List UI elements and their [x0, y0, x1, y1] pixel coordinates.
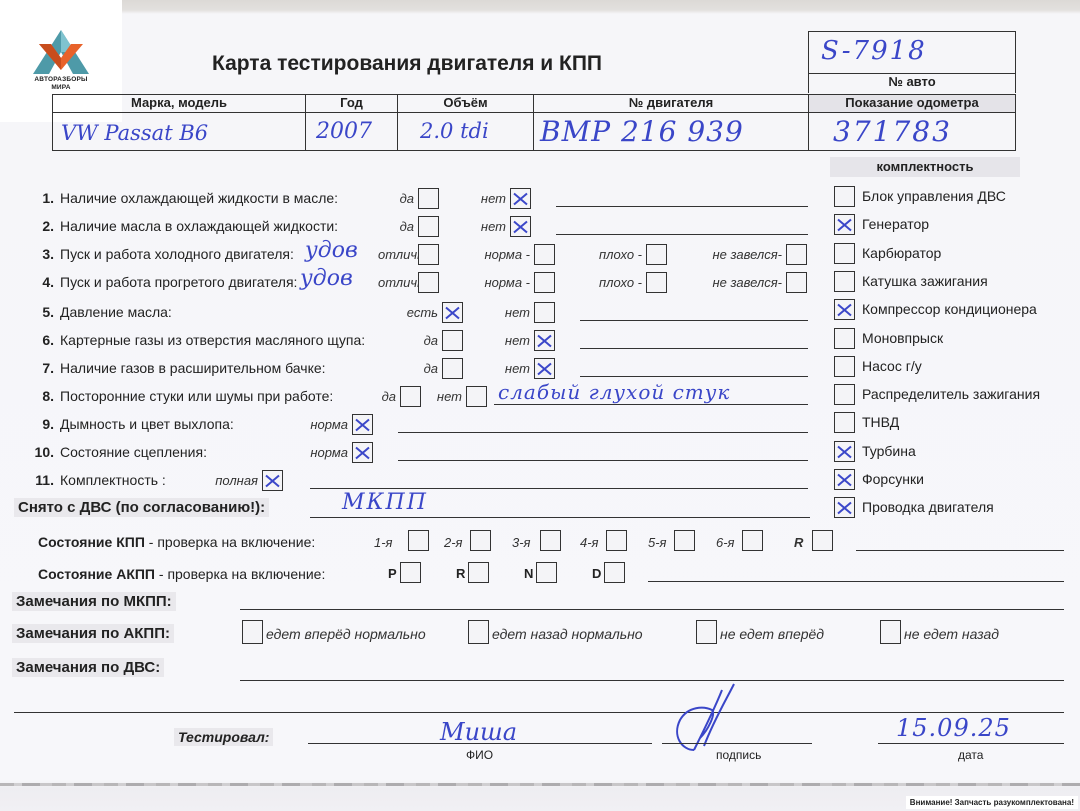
completeness-label: Блок управления ДВС — [862, 188, 1006, 204]
question-text: Комплектность : — [60, 472, 166, 488]
car-number-cell: S-7918 — [808, 31, 1016, 74]
question-label: 3.Пуск и работа холодного двигателя: — [24, 246, 294, 262]
question-label: 2.Наличие масла в охлаждающей жидкости: — [24, 218, 338, 234]
question-label: 5.Давление масла: — [24, 304, 172, 320]
completeness-checkbox[interactable] — [834, 299, 855, 320]
completeness-label: Форсунки — [862, 471, 924, 487]
kpp-gear-checkbox[interactable] — [408, 530, 429, 551]
option-checkbox[interactable] — [442, 302, 463, 323]
akpp-gear-label: R — [456, 566, 465, 581]
completeness-label: Карбюратор — [862, 245, 941, 261]
question-number: 7. — [24, 360, 60, 376]
tester-name-value[interactable]: Миша — [440, 718, 517, 746]
remarks-akpp-label: Замечания по АКПП: — [12, 624, 174, 643]
option-label: нет — [432, 389, 462, 404]
year-value-cell: 2007 — [305, 112, 398, 151]
question-text: Наличие охлаждающей жидкости в масле: — [60, 190, 338, 206]
note-line[interactable] — [580, 348, 808, 349]
akpp-gear-checkbox[interactable] — [400, 562, 421, 583]
name-caption: ФИО — [466, 748, 493, 762]
completeness-label: Генератор — [862, 216, 929, 232]
date-caption: дата — [958, 748, 983, 762]
engine-number-value-cell: BMP 216 939 — [533, 112, 809, 151]
question-text: Дымность и цвет выхлопа: — [60, 416, 234, 432]
volume-value[interactable]: 2.0 tdi — [420, 119, 489, 143]
option-label: плохо - — [594, 275, 642, 290]
completeness-label: Насос г/у — [862, 358, 922, 374]
akpp-remark-checkbox[interactable] — [242, 620, 263, 644]
akpp-remark-label: едет назад нормально — [492, 626, 643, 642]
remarks-dvs-label: Замечания по ДВС: — [12, 658, 164, 677]
option-label: нет — [478, 219, 506, 234]
signature-line — [662, 743, 812, 744]
option-label: не завелся- — [702, 247, 782, 262]
akpp-remark-checkbox[interactable] — [880, 620, 901, 644]
option-checkbox[interactable] — [466, 386, 487, 407]
option-label: плохо - — [594, 247, 642, 262]
option-checkbox[interactable] — [418, 272, 439, 293]
question-label: 1.Наличие охлаждающей жидкости в масле: — [24, 190, 338, 206]
completeness-checkbox[interactable] — [834, 412, 855, 433]
note-line[interactable] — [580, 376, 808, 377]
header-col-engine-number: № двигателя — [533, 94, 809, 113]
kpp-gear-checkbox[interactable] — [540, 530, 561, 551]
question-text: Картерные газы из отверстия масляного щу… — [60, 332, 365, 348]
removed-label: Снято с ДВС (по согласованию!): — [14, 498, 269, 517]
option-label: нет — [500, 361, 530, 376]
note-line[interactable] — [556, 234, 808, 235]
remarks-mkpp-line[interactable] — [240, 609, 1064, 610]
option-label: да — [398, 219, 414, 234]
handwritten-rating[interactable]: удов — [305, 238, 358, 263]
option-checkbox[interactable] — [418, 188, 439, 209]
kpp-note-line — [856, 550, 1064, 551]
akpp-remark-label: едет вперёд нормально — [266, 626, 426, 642]
note-line[interactable] — [398, 432, 808, 433]
option-checkbox[interactable] — [534, 244, 555, 265]
akpp-gear-label: N — [524, 566, 533, 581]
akpp-gear-label: P — [388, 566, 397, 581]
remarks-dvs-line[interactable] — [240, 680, 1064, 681]
akpp-note-line — [648, 581, 1064, 582]
akpp-remark-label: не едет вперёд — [720, 626, 824, 642]
model-value[interactable]: VW Passat B6 — [61, 121, 208, 145]
option-label: отлично- — [378, 275, 414, 290]
option-checkbox[interactable] — [786, 272, 807, 293]
option-label: не завелся- — [702, 275, 782, 290]
kpp-gear-checkbox[interactable] — [470, 530, 491, 551]
option-checkbox[interactable] — [418, 244, 439, 265]
question-number: 2. — [24, 218, 60, 234]
year-value[interactable]: 2007 — [316, 119, 372, 144]
header-col-model: Марка, модель — [52, 94, 306, 113]
completeness-label: Катушка зажигания — [862, 273, 988, 289]
odometer-value-cell: 371783 — [808, 112, 1016, 151]
completeness-label: Проводка двигателя — [862, 499, 994, 515]
option-label: нет — [500, 305, 530, 320]
engine-number-value[interactable]: BMP 216 939 — [540, 115, 744, 148]
question-label: 4.Пуск и работа прогретого двигателя: — [24, 274, 297, 290]
akpp-gear-checkbox[interactable] — [604, 562, 625, 583]
option-label: да — [412, 361, 438, 376]
option-checkbox[interactable] — [646, 272, 667, 293]
header-col-year: Год — [305, 94, 398, 113]
date-value[interactable]: 15.09.25 — [896, 714, 1011, 742]
option-checkbox[interactable] — [510, 188, 531, 209]
completeness-checkbox[interactable] — [834, 186, 855, 207]
akpp-gear-label: D — [592, 566, 601, 581]
question-text: Пуск и работа прогретого двигателя: — [60, 274, 297, 290]
remarks-mkpp-label: Замечания по МКПП: — [12, 592, 176, 611]
question-text: Пуск и работа холодного двигателя: — [60, 246, 294, 262]
car-number-label-cell: № авто — [808, 73, 1016, 93]
date-line — [878, 743, 1064, 744]
kpp-gear-checkbox[interactable] — [812, 530, 833, 551]
option-checkbox[interactable] — [534, 358, 555, 379]
tester-name-line — [308, 743, 652, 744]
completeness-checkbox[interactable] — [834, 441, 855, 462]
completeness-checkbox[interactable] — [834, 384, 855, 405]
question-number: 11. — [24, 472, 60, 488]
option-label: норма - — [478, 247, 530, 262]
brand-name-line1: АВТОРАЗБОРЫ — [0, 76, 122, 83]
option-label: есть — [400, 305, 438, 320]
question-label: 7.Наличие газов в расширительном бачке: — [24, 360, 326, 376]
kpp-gear-checkbox[interactable] — [674, 530, 695, 551]
tested-by-label: Тестировал: — [174, 728, 273, 746]
option-label: полная — [208, 473, 258, 488]
completeness-checkbox[interactable] — [834, 271, 855, 292]
option-label: да — [378, 389, 396, 404]
question-label: 10.Состояние сцепления: — [24, 444, 207, 460]
question-number: 4. — [24, 274, 60, 290]
note-line[interactable] — [556, 206, 808, 207]
option-checkbox[interactable] — [442, 330, 463, 351]
option-checkbox[interactable] — [262, 470, 283, 491]
removed-underline — [310, 517, 810, 518]
question-number: 5. — [24, 304, 60, 320]
completeness-label: Моновпрыск — [862, 330, 943, 346]
brand-name-line2: МИРА — [0, 84, 122, 91]
odometer-value[interactable]: 371783 — [833, 115, 952, 148]
completeness-checkbox[interactable] — [834, 214, 855, 235]
akpp-remark-label: не едет назад — [904, 626, 999, 642]
question-number: 9. — [24, 416, 60, 432]
handwritten-rating[interactable]: удов — [300, 266, 353, 291]
completeness-label: ТНВД — [862, 414, 899, 430]
header-col-odometer: Показание одометра — [808, 94, 1016, 113]
question-number: 10. — [24, 444, 60, 460]
kpp-gear-label: 6-я — [716, 535, 735, 550]
completeness-checkbox[interactable] — [834, 356, 855, 377]
volume-value-cell: 2.0 tdi — [397, 112, 534, 151]
option-label: да — [412, 333, 438, 348]
option-checkbox[interactable] — [534, 302, 555, 323]
paper-tear-edge — [0, 783, 1080, 786]
option-checkbox[interactable] — [442, 358, 463, 379]
akpp-label: Состояние АКПП - проверка на включение: — [38, 566, 325, 582]
option-label: норма — [304, 445, 348, 460]
option-checkbox[interactable] — [510, 216, 531, 237]
option-checkbox[interactable] — [534, 272, 555, 293]
note-line[interactable] — [494, 404, 808, 405]
option-checkbox[interactable] — [646, 244, 667, 265]
question-text: Наличие газов в расширительном бачке: — [60, 360, 326, 376]
kpp-gear-checkbox[interactable] — [742, 530, 763, 551]
question-label: 6.Картерные газы из отверстия масляного … — [24, 332, 365, 348]
note-line[interactable] — [398, 460, 808, 461]
akpp-remark-checkbox[interactable] — [696, 620, 717, 644]
completeness-checkbox[interactable] — [834, 497, 855, 518]
kpp-label: Состояние КПП - проверка на включение: — [38, 534, 315, 550]
question-text: Наличие масла в охлаждающей жидкости: — [60, 218, 338, 234]
question-number: 1. — [24, 190, 60, 206]
removed-value[interactable]: МКПП — [342, 490, 428, 515]
page-title: Карта тестирования двигателя и КПП — [212, 52, 602, 76]
signature-caption: подпись — [716, 748, 761, 762]
kpp-gear-label: 2-я — [444, 535, 463, 550]
question-label: 8.Посторонние стуки или шумы при работе: — [24, 388, 333, 404]
completeness-label: Турбина — [862, 443, 916, 459]
question-text: Посторонние стуки или шумы при работе: — [60, 388, 333, 404]
option-checkbox[interactable] — [400, 386, 421, 407]
akpp-gear-checkbox[interactable] — [536, 562, 557, 583]
question-text: Давление масла: — [60, 304, 172, 320]
question-number: 3. — [24, 246, 60, 262]
option-label: норма — [304, 417, 348, 432]
kpp-gear-label: 5-я — [648, 535, 667, 550]
note-line[interactable] — [580, 320, 808, 321]
triangle-v-logo-icon — [33, 30, 89, 74]
option-checkbox[interactable] — [418, 216, 439, 237]
option-label: нет — [478, 191, 506, 206]
completeness-title: комплектность — [830, 157, 1020, 177]
question-label: 11.Комплектность : — [24, 472, 166, 488]
completeness-label: Распределитель зажигания — [862, 386, 1040, 402]
car-number-value[interactable]: S-7918 — [821, 36, 927, 66]
question-number: 8. — [24, 388, 60, 404]
handwritten-note[interactable]: слабый глухой стук — [498, 380, 730, 404]
option-label: нет — [500, 333, 530, 348]
akpp-gear-checkbox[interactable] — [468, 562, 489, 583]
option-label: норма - — [478, 275, 530, 290]
option-label: отлично- — [378, 247, 414, 262]
akpp-remark-checkbox[interactable] — [468, 620, 489, 644]
car-number-label: № авто — [888, 74, 935, 89]
option-checkbox[interactable] — [786, 244, 807, 265]
completeness-checkbox[interactable] — [834, 469, 855, 490]
option-label: да — [398, 191, 414, 206]
option-checkbox[interactable] — [352, 442, 373, 463]
kpp-gear-checkbox[interactable] — [606, 530, 627, 551]
kpp-gear-label: 1-я — [374, 535, 393, 550]
kpp-gear-label: 3-я — [512, 535, 531, 550]
completeness-checkbox[interactable] — [834, 243, 855, 264]
completeness-checkbox[interactable] — [834, 328, 855, 349]
question-label: 9.Дымность и цвет выхлопа: — [24, 416, 234, 432]
option-checkbox[interactable] — [352, 414, 373, 435]
warning-watermark: Внимание! Запчасть разукомплектована! — [906, 796, 1078, 809]
completeness-label: Компрессор кондиционера — [862, 301, 1037, 317]
header-col-volume: Объём — [397, 94, 534, 113]
kpp-gear-label: 4-я — [580, 535, 599, 550]
kpp-gear-label: R — [794, 535, 803, 550]
option-checkbox[interactable] — [534, 330, 555, 351]
model-value-cell: VW Passat B6 — [52, 112, 306, 151]
question-number: 6. — [24, 332, 60, 348]
question-text: Состояние сцепления: — [60, 444, 207, 460]
